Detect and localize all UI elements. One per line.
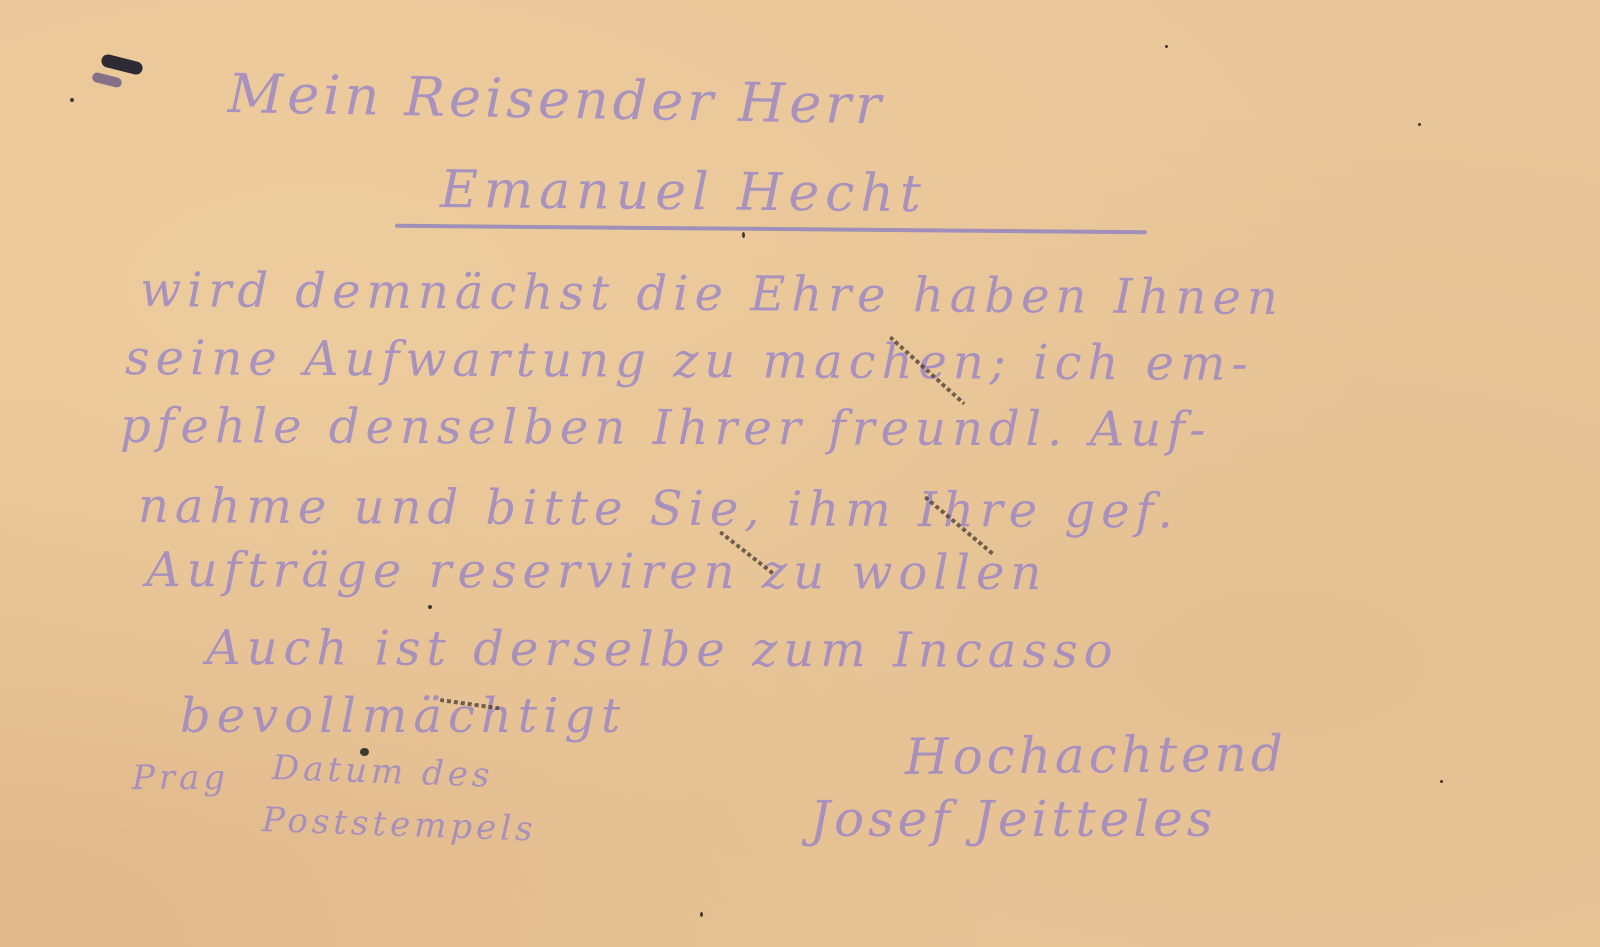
place: Prag xyxy=(132,758,229,798)
ink-spot xyxy=(1418,123,1421,126)
body-line: wird demnächst die Ehre haben Ihnen xyxy=(140,262,1284,326)
ink-spot xyxy=(700,912,703,917)
body-line: bevollmächtigt xyxy=(180,688,626,744)
ink-spot xyxy=(1440,780,1443,783)
ink-spot xyxy=(1165,45,1168,48)
body-line: nahme und bitte Sie, ihm Ihre gef. xyxy=(138,478,1179,539)
ink-mark xyxy=(91,72,123,89)
name-underline xyxy=(395,224,1147,235)
ink-spot xyxy=(742,232,745,238)
ink-mark xyxy=(100,53,144,76)
ink-spot xyxy=(428,605,432,609)
salutation: Mein Reisender Herr xyxy=(227,62,885,136)
closing: Hochachtend xyxy=(905,725,1287,786)
date-label-line2: Poststempels xyxy=(261,800,537,850)
date-label-line1: Datum des xyxy=(271,748,494,796)
ink-spot xyxy=(360,748,369,756)
body-line: Auch ist derselbe zum Incasso xyxy=(206,620,1119,679)
ink-spot xyxy=(70,98,74,102)
postcard: Mein Reisender Herr Emanuel Hecht wird d… xyxy=(0,0,1600,947)
body-line: pfehle denselben Ihrer freundl. Auf- xyxy=(120,398,1212,458)
recipient-name: Emanuel Hecht xyxy=(440,160,927,224)
signature: Josef Jeitteles xyxy=(810,790,1216,848)
body-line: seine Aufwartung zu machen; ich em- xyxy=(125,330,1254,392)
body-line: Aufträge reserviren zu wollen xyxy=(146,542,1048,601)
